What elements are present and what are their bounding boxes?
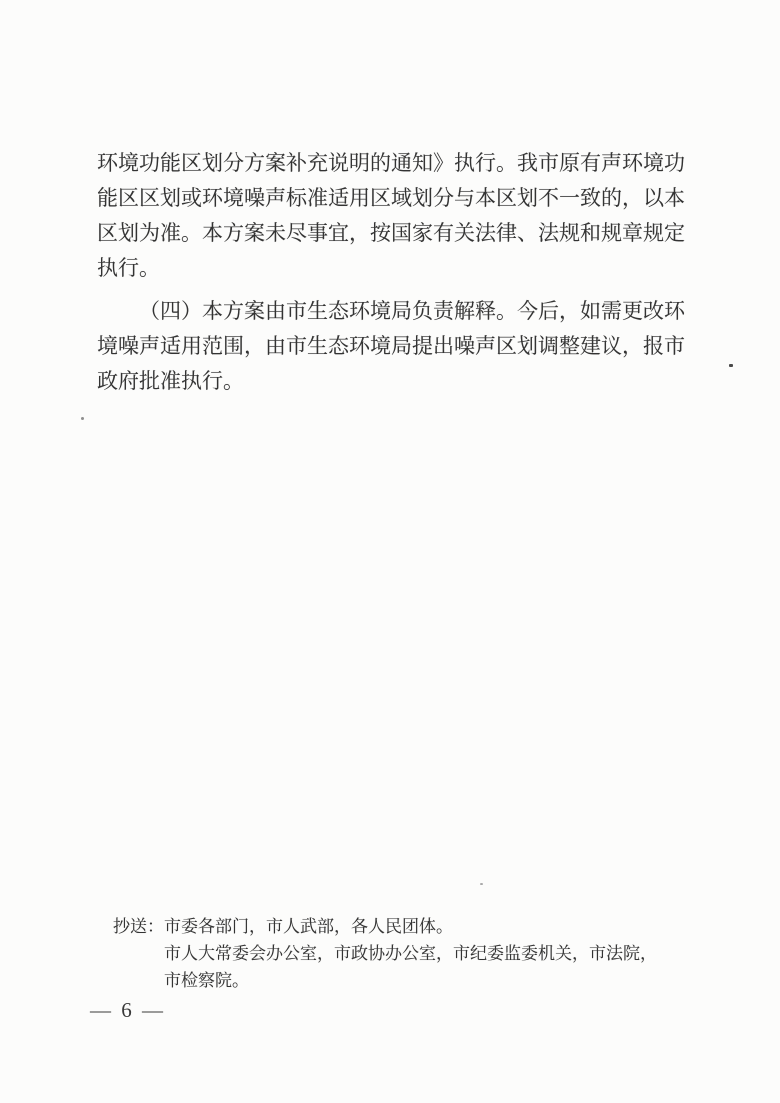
body-line: 境噪声适用范围，由市生态环境局提出噪声区划调整建议，报市 bbox=[97, 329, 691, 364]
document-body: 环境功能区划分方案补充说明的通知》执行。我市原有声环境功 能区区划或环境噪声标准… bbox=[97, 146, 691, 399]
cc-line: 市人大常委会办公室，市政协办公室，市纪委监委机关，市法院， bbox=[164, 940, 657, 967]
body-line: 区划为准。本方案未尽事宜，按国家有关法律、法规和规章规定 bbox=[97, 216, 691, 251]
cc-distribution-block: 抄送： 市委各部门，市人武部，各人民团体。 市人大常委会办公室，市政协办公室，市… bbox=[113, 913, 657, 994]
cc-line: 市检察院。 bbox=[164, 967, 657, 994]
body-line: （四）本方案由市生态环境局负责解释。今后，如需更改环 bbox=[97, 294, 691, 329]
cc-line: 市委各部门，市人武部，各人民团体。 bbox=[164, 913, 657, 940]
scan-speck bbox=[729, 364, 733, 367]
body-line: 执行。 bbox=[97, 251, 691, 286]
body-line: 能区区划或环境噪声标准适用区域划分与本区划不一致的，以本 bbox=[97, 181, 691, 216]
body-line: 环境功能区划分方案补充说明的通知》执行。我市原有声环境功 bbox=[97, 146, 691, 181]
paragraph-continuation: 环境功能区划分方案补充说明的通知》执行。我市原有声环境功 能区区划或环境噪声标准… bbox=[97, 146, 691, 286]
scan-speck bbox=[81, 417, 84, 420]
body-line: 政府批准执行。 bbox=[97, 364, 691, 399]
scanned-document-page: 环境功能区划分方案补充说明的通知》执行。我市原有声环境功 能区区划或环境噪声标准… bbox=[0, 0, 780, 1103]
cc-recipient-list: 市委各部门，市人武部，各人民团体。 市人大常委会办公室，市政协办公室，市纪委监委… bbox=[164, 913, 657, 994]
scan-speck bbox=[480, 883, 483, 885]
cc-label: 抄送： bbox=[113, 913, 164, 940]
paragraph-item-4: （四）本方案由市生态环境局负责解释。今后，如需更改环 境噪声适用范围，由市生态环… bbox=[97, 294, 691, 399]
page-number: — 6 — bbox=[90, 998, 163, 1022]
